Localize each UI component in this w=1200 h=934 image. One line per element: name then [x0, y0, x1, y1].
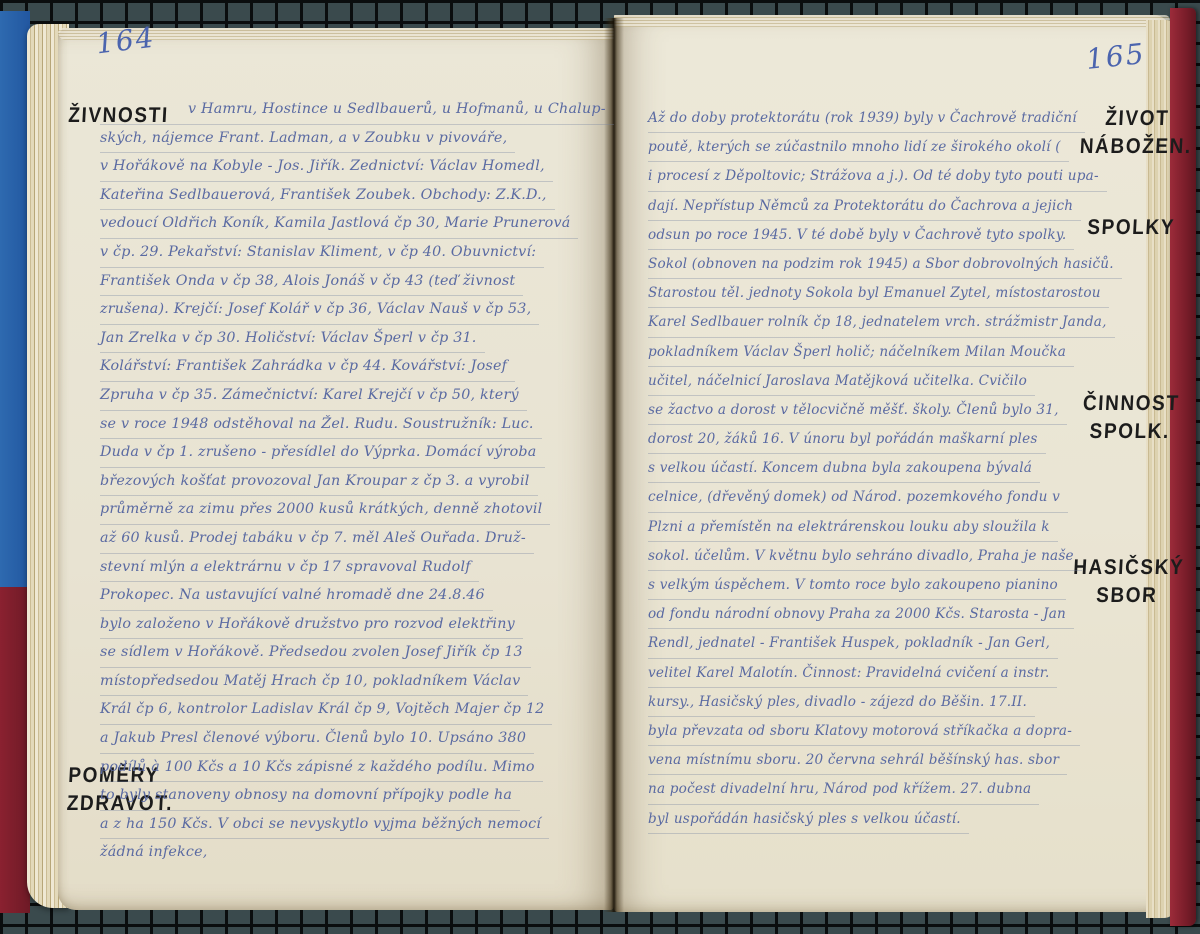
handwritten-line: a Jakub Presl členové výboru. Členů bylo…	[100, 725, 534, 754]
handwritten-line: kursy., Hasičský ples, divadlo - zájezd …	[648, 688, 1035, 717]
handwritten-line: s velkým úspěchem. V tomto roce bylo zak…	[648, 571, 1066, 600]
handwritten-line: Rendl, jednatel - František Huspek, pokl…	[648, 629, 1058, 658]
handwritten-line: v Hořákově na Kobyle - Jos. Jiřík. Zedni…	[100, 153, 553, 182]
chronicle-photo: 164 165 ŽIVNOSTI POMĚRY ZDRAVOT. ŽIVOT N…	[0, 0, 1200, 934]
handwritten-line: sokol. účelům. V květnu bylo sehráno div…	[648, 542, 1082, 571]
handwritten-line: v čp. 29. Pekařství: Stanislav Kliment, …	[100, 239, 544, 268]
book-cover-red-left-edge	[0, 587, 30, 913]
handwritten-line: byl uspořádán hasičský ples s velkou úča…	[648, 805, 969, 834]
handwritten-line: v Hamru, Hostince u Sedlbauerů, u Hofman…	[100, 96, 614, 125]
handwritten-line: František Onda v čp 38, Alois Jonáš v čp…	[100, 268, 523, 297]
heading-line: NÁBOŽEN.	[1079, 133, 1192, 161]
handwritten-line: vedoucí Oldřich Koník, Kamila Jastlová č…	[100, 210, 578, 239]
margin-heading-spolky: SPOLKY	[1087, 214, 1176, 242]
handwritten-line: Kateřina Sedlbauerová, František Zoubek.…	[100, 182, 555, 211]
handwritten-line: i procesí z Děpoltovic; Strážova a j.). …	[648, 162, 1107, 191]
handwritten-line: velitel Karel Malotín. Činnost: Pravidel…	[648, 659, 1057, 688]
margin-heading-cinnost-spolk: ČINNOST SPOLK.	[1077, 390, 1184, 446]
handwritten-line: žádná infekce,	[100, 839, 216, 867]
margin-heading-zivot-nabozen: ŽIVOT NÁBOŽEN.	[1079, 105, 1194, 161]
heading-line: HASIČSKÝ	[1073, 554, 1184, 582]
handwritten-line: poutě, kterých se zúčastnilo mnoho lidí …	[648, 133, 1069, 162]
handwritten-line: pokladníkem Václav Šperl holič; náčelník…	[648, 338, 1074, 367]
page-number-right: 165	[1084, 37, 1147, 76]
handwritten-line: celnice, (dřevěný domek) od Národ. pozem…	[648, 483, 1068, 512]
book-cover-blue-edge	[0, 11, 30, 587]
heading-line: ČINNOST	[1079, 390, 1184, 418]
handwritten-line: se žactvo a dorost v tělocvičně měšť. šk…	[648, 396, 1067, 425]
handwritten-line: dorost 20, žáků 16. V únoru byl pořádán …	[648, 425, 1046, 454]
handwritten-line: až 60 kusů. Prodej tabáku v čp 7. měl Al…	[100, 525, 534, 554]
handwritten-line: se sídlem v Hořákově. Předsedou zvolen J…	[100, 639, 531, 668]
handwritten-line: od fondu národní obnovy Praha za 2000 Kč…	[648, 600, 1074, 629]
heading-line: SBOR	[1071, 582, 1182, 610]
handwritten-line: Prokopec. Na ustavující valné hromadě dn…	[100, 582, 493, 611]
handwritten-line: Král čp 6, kontrolor Ladislav Král čp 9,…	[100, 696, 552, 725]
handwritten-line: na počest divadelní hru, Národ pod kříže…	[648, 775, 1039, 804]
handwritten-line: to byly stanoveny obnosy na domovní příp…	[100, 782, 520, 811]
handwritten-line: byla převzata od sboru Klatovy motorová …	[648, 717, 1080, 746]
handwritten-line: odsun po roce 1945. V té době byly v Čac…	[648, 221, 1074, 250]
left-page-text-column: v Hamru, Hostince u Sedlbauerů, u Hofman…	[100, 96, 608, 867]
handwritten-line: se v roce 1948 odstěhoval na Žel. Rudu. …	[100, 411, 542, 440]
handwritten-line: místopředsedou Matěj Hrach čp 10, poklad…	[100, 668, 528, 697]
handwritten-line: a z ha 150 Kčs. V obci se nevyskytlo vyj…	[100, 811, 549, 840]
handwritten-line: ských, nájemce Frant. Ladman, a v Zoubku…	[100, 125, 515, 154]
handwritten-line: bylo založeno v Hořákově družstvo pro ro…	[100, 611, 523, 640]
handwritten-line: učitel, náčelnicí Jaroslava Matějková uč…	[648, 367, 1035, 396]
handwritten-line: březových košťat provozoval Jan Kroupar …	[100, 468, 538, 497]
handwritten-line: stevní mlýn a elektrárnu v čp 17 spravov…	[100, 554, 479, 583]
handwritten-line: zrušena). Krejčí: Josef Kolář v čp 36, V…	[100, 296, 539, 325]
heading-line: SPOLK.	[1077, 418, 1182, 446]
handwritten-line: Sokol (obnoven na podzim rok 1945) a Sbo…	[648, 250, 1122, 279]
handwritten-line: s velkou účastí. Koncem dubna byla zakou…	[648, 454, 1040, 483]
handwritten-line: Kolářství: František Zahrádka v čp 44. K…	[100, 353, 515, 382]
handwritten-line: Plzni a přemístěn na elektrárenskou louk…	[648, 513, 1058, 542]
margin-heading-hasicsky-sbor: HASIČSKÝ SBOR	[1071, 554, 1184, 610]
right-page-text-column: Až do doby protektorátu (rok 1939) byly …	[648, 104, 1086, 834]
handwritten-line: vena místnímu sboru. 20 června sehrál bě…	[648, 746, 1067, 775]
handwritten-line: průměrně za zimu přes 2000 kusů krátkých…	[100, 496, 550, 525]
handwritten-line: dají. Nepřístup Němců za Protektorátu do…	[648, 192, 1081, 221]
handwritten-line: podílů à 100 Kčs a 10 Kčs zápisné z každ…	[100, 754, 543, 783]
handwritten-line: Až do doby protektorátu (rok 1939) byly …	[648, 104, 1085, 133]
handwritten-line: Duda v čp 1. zrušeno - přesídlel do Výpr…	[100, 439, 545, 468]
handwritten-line: Jan Zrelka v čp 30. Holičství: Václav Šp…	[100, 325, 485, 354]
handwritten-line: Karel Sedlbauer rolník čp 18, jednatelem…	[648, 308, 1115, 337]
handwritten-line: Starostou těl. jednoty Sokola byl Emanue…	[648, 279, 1109, 308]
handwritten-line: Zpruha v čp 35. Zámečnictví: Karel Krejč…	[100, 382, 527, 411]
heading-line: ŽIVOT	[1081, 105, 1194, 133]
